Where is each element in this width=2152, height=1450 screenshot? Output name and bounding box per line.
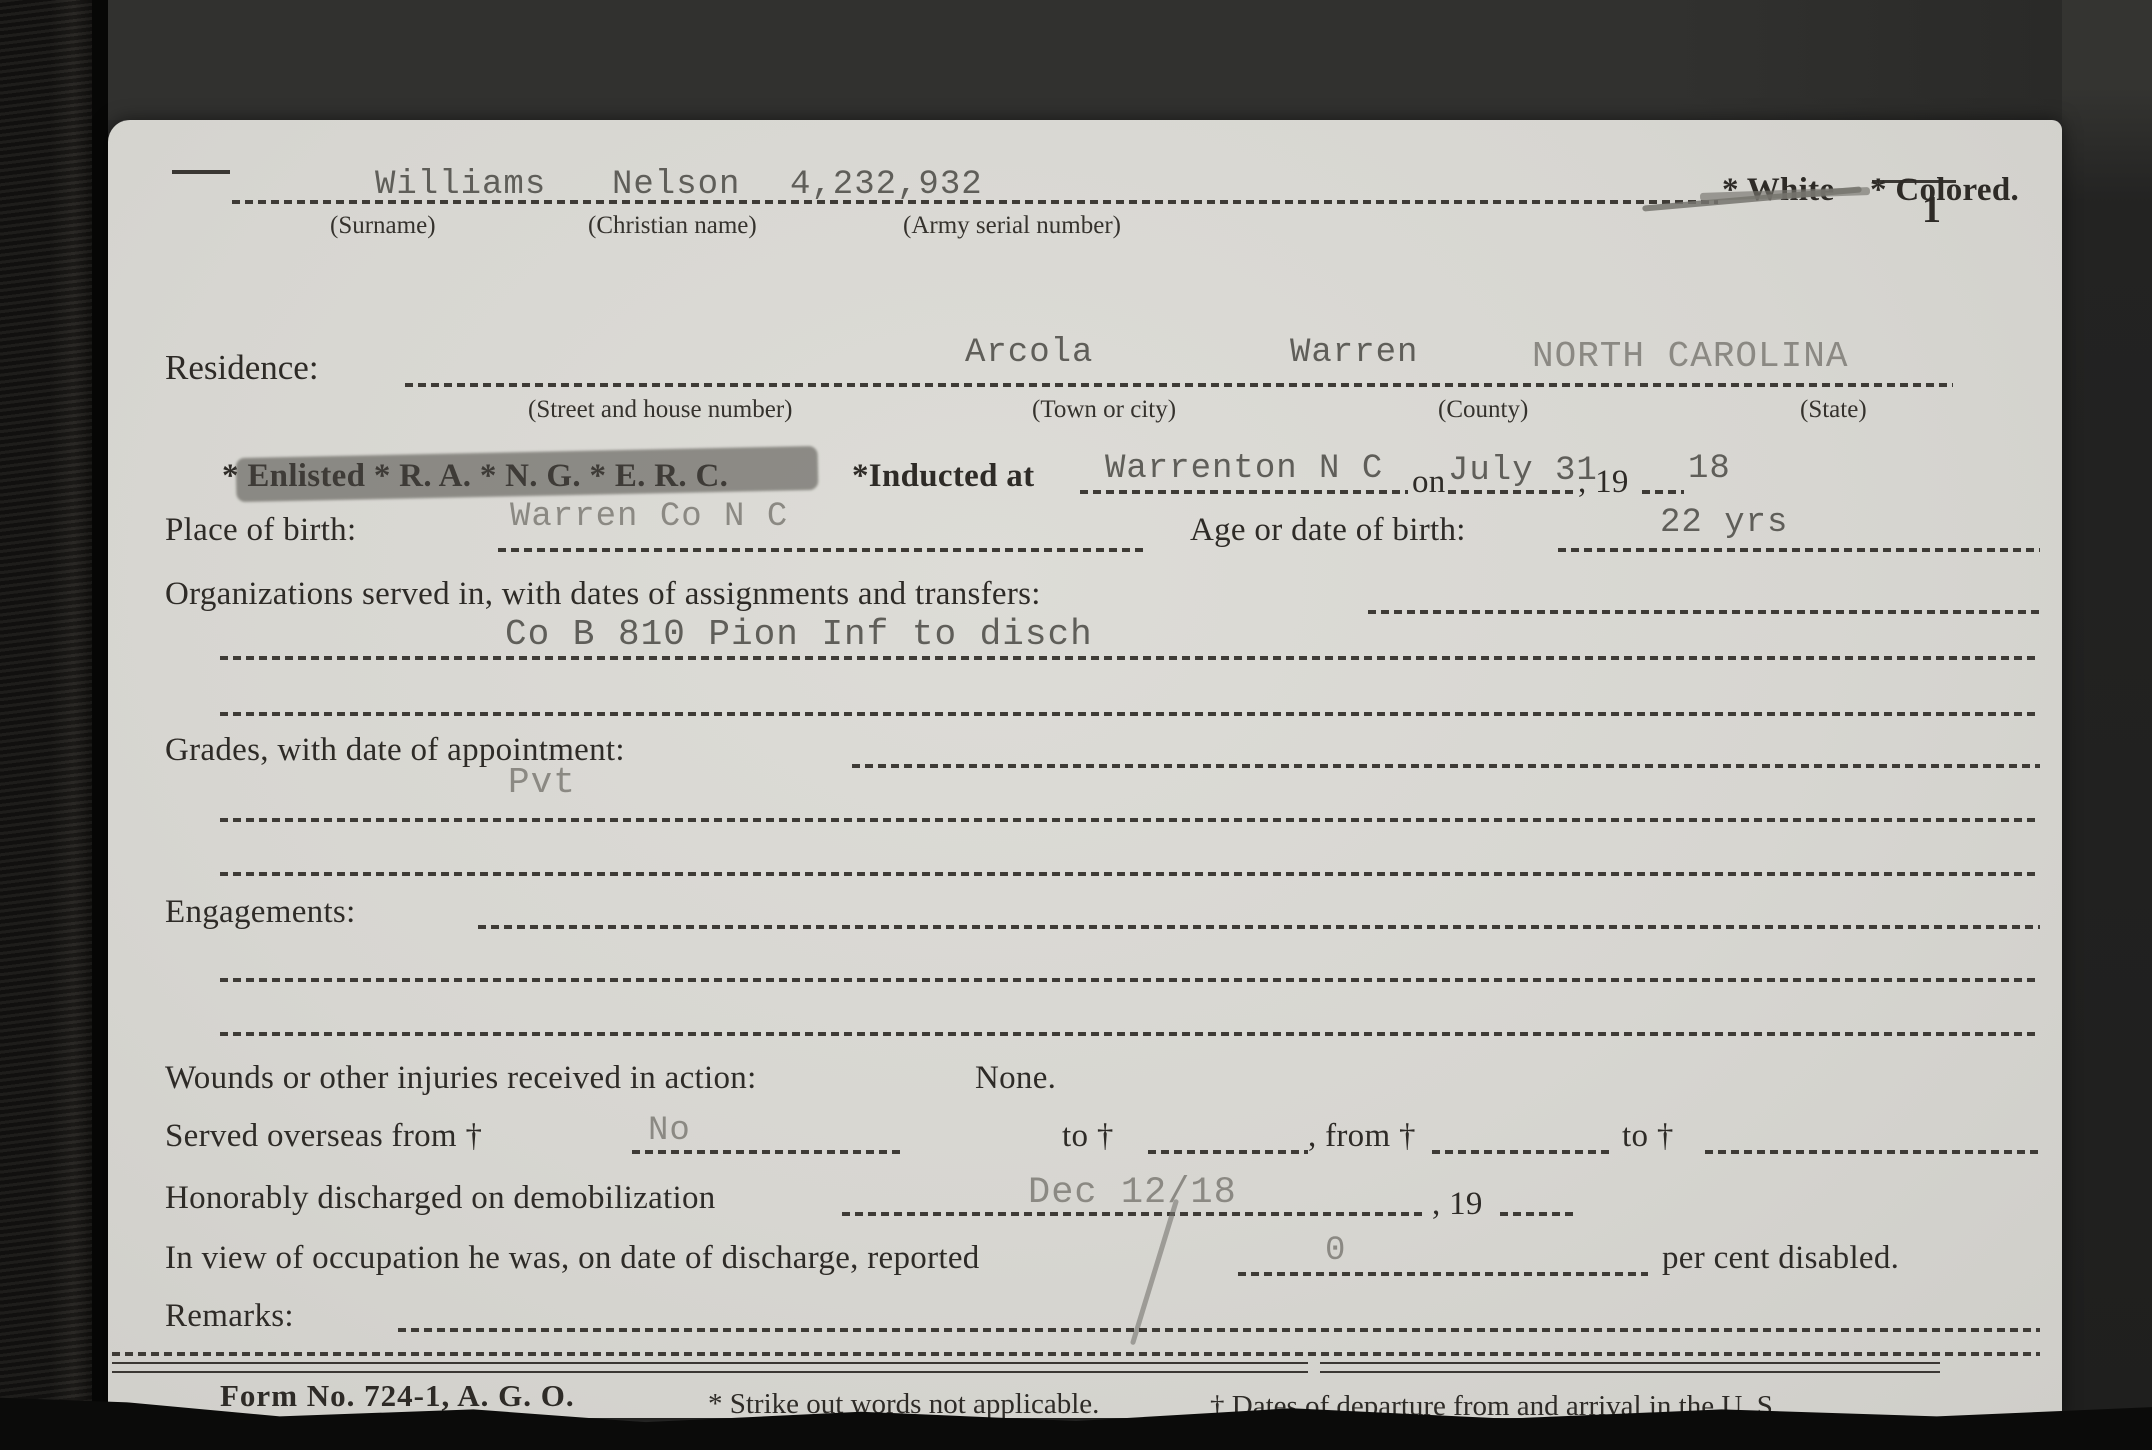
- organizations-label: Organizations served in, with dates of a…: [165, 576, 1041, 613]
- christian-name-value: Nelson: [612, 166, 740, 204]
- overseas-from-value: No: [648, 1112, 691, 1150]
- serial-number-value: 4,232,932: [790, 166, 983, 204]
- surname-value: Williams: [375, 166, 546, 204]
- discharge-year-label: , 19: [1432, 1186, 1483, 1223]
- wounds-value: None.: [975, 1060, 1056, 1097]
- backdrop-top: [108, 0, 2062, 120]
- overseas-rule-2: [1148, 1150, 1308, 1154]
- place-of-birth-label: Place of birth:: [165, 512, 356, 549]
- film-gap: [92, 0, 108, 1450]
- discharge-rule-2: [1500, 1212, 1576, 1216]
- discharge-date-value: Dec 12/18: [1028, 1172, 1237, 1214]
- overseas-label: Served overseas from †: [165, 1118, 482, 1155]
- microfilm-edge-strip: [0, 0, 92, 1450]
- scanned-service-record: 1 Williams Nelson 4,232,932 * White * Co…: [0, 0, 2152, 1450]
- bottom-dashed-rule: [112, 1352, 2040, 1356]
- engagements-rule-2: [220, 978, 2040, 982]
- residence-state-value: NORTH CAROLINA: [1532, 336, 1848, 377]
- remarks-label: Remarks:: [165, 1298, 294, 1335]
- engagements-rule-1: [478, 925, 2040, 929]
- overseas-to2-label: to †: [1622, 1118, 1674, 1155]
- year-19-label: , 19: [1578, 464, 1629, 501]
- overseas-rule-1: [632, 1150, 904, 1154]
- organizations-rule-2: [220, 656, 2040, 660]
- disability-rule: [1238, 1272, 1648, 1276]
- overseas-rule-4: [1705, 1150, 2040, 1154]
- year-rule: [1642, 490, 1684, 494]
- wounds-label: Wounds or other injuries received in act…: [165, 1060, 757, 1097]
- grades-rule-3: [220, 872, 2040, 876]
- remarks-rule: [398, 1328, 2040, 1332]
- organizations-rule-3: [220, 712, 2040, 716]
- bottom-double-rule-right: [1320, 1362, 1940, 1373]
- residence-label: Residence:: [165, 348, 319, 388]
- colored-label: * Colored.: [1870, 172, 2019, 209]
- overseas-rule-3: [1432, 1150, 1610, 1154]
- inducted-label: *Inducted at: [852, 458, 1034, 495]
- form-number: Form No. 724-1, A. G. O.: [220, 1378, 575, 1414]
- surname-caption: (Surname): [330, 212, 436, 240]
- age-rule: [1558, 548, 2040, 552]
- induction-date-value: July 31: [1448, 452, 1598, 490]
- age-value: 22 yrs: [1660, 504, 1788, 542]
- organizations-value: Co B 810 Pion Inf to disch: [505, 614, 1093, 655]
- disability-suffix: per cent disabled.: [1662, 1240, 1899, 1277]
- residence-town-value: Arcola: [965, 334, 1093, 372]
- induction-year-value: 18: [1688, 450, 1731, 488]
- town-caption: (Town or city): [1032, 396, 1176, 424]
- county-caption: (County): [1438, 396, 1528, 424]
- grades-rule-2: [220, 818, 2040, 822]
- backdrop-right: [2062, 0, 2152, 1450]
- grades-rule-1: [852, 764, 2040, 768]
- inducted-rule: [1080, 490, 1408, 494]
- discharge-rule-1: [842, 1212, 1426, 1216]
- place-of-birth-rule: [498, 548, 1146, 552]
- disability-label: In view of occupation he was, on date of…: [165, 1240, 980, 1277]
- street-caption: (Street and house number): [528, 396, 793, 424]
- overseas-to-label: to †: [1062, 1118, 1114, 1155]
- christian-name-caption: (Christian name): [588, 212, 757, 240]
- inducted-place-value: Warrenton N C: [1105, 450, 1383, 488]
- bottom-double-rule-left: [112, 1362, 1308, 1373]
- induction-date-rule: [1448, 490, 1578, 494]
- corner-tick-mark: [172, 170, 230, 174]
- engagements-label: Engagements:: [165, 894, 356, 931]
- place-of-birth-value: Warren Co N C: [510, 498, 788, 536]
- discharge-label: Honorably discharged on demobilization: [165, 1180, 716, 1217]
- disability-value: 0: [1325, 1232, 1346, 1270]
- serial-number-caption: (Army serial number): [903, 212, 1121, 240]
- age-label: Age or date of birth:: [1190, 512, 1466, 549]
- residence-rule: [405, 383, 1953, 387]
- state-caption: (State): [1800, 396, 1867, 424]
- residence-county-value: Warren: [1290, 334, 1418, 372]
- record-card: [108, 120, 2062, 1418]
- engagements-rule-3: [220, 1032, 2040, 1036]
- overseas-from2-label: , from †: [1308, 1118, 1416, 1155]
- organizations-rule-1: [1368, 610, 2040, 614]
- on-label: on: [1412, 464, 1446, 501]
- grade-value: Pvt: [508, 762, 576, 803]
